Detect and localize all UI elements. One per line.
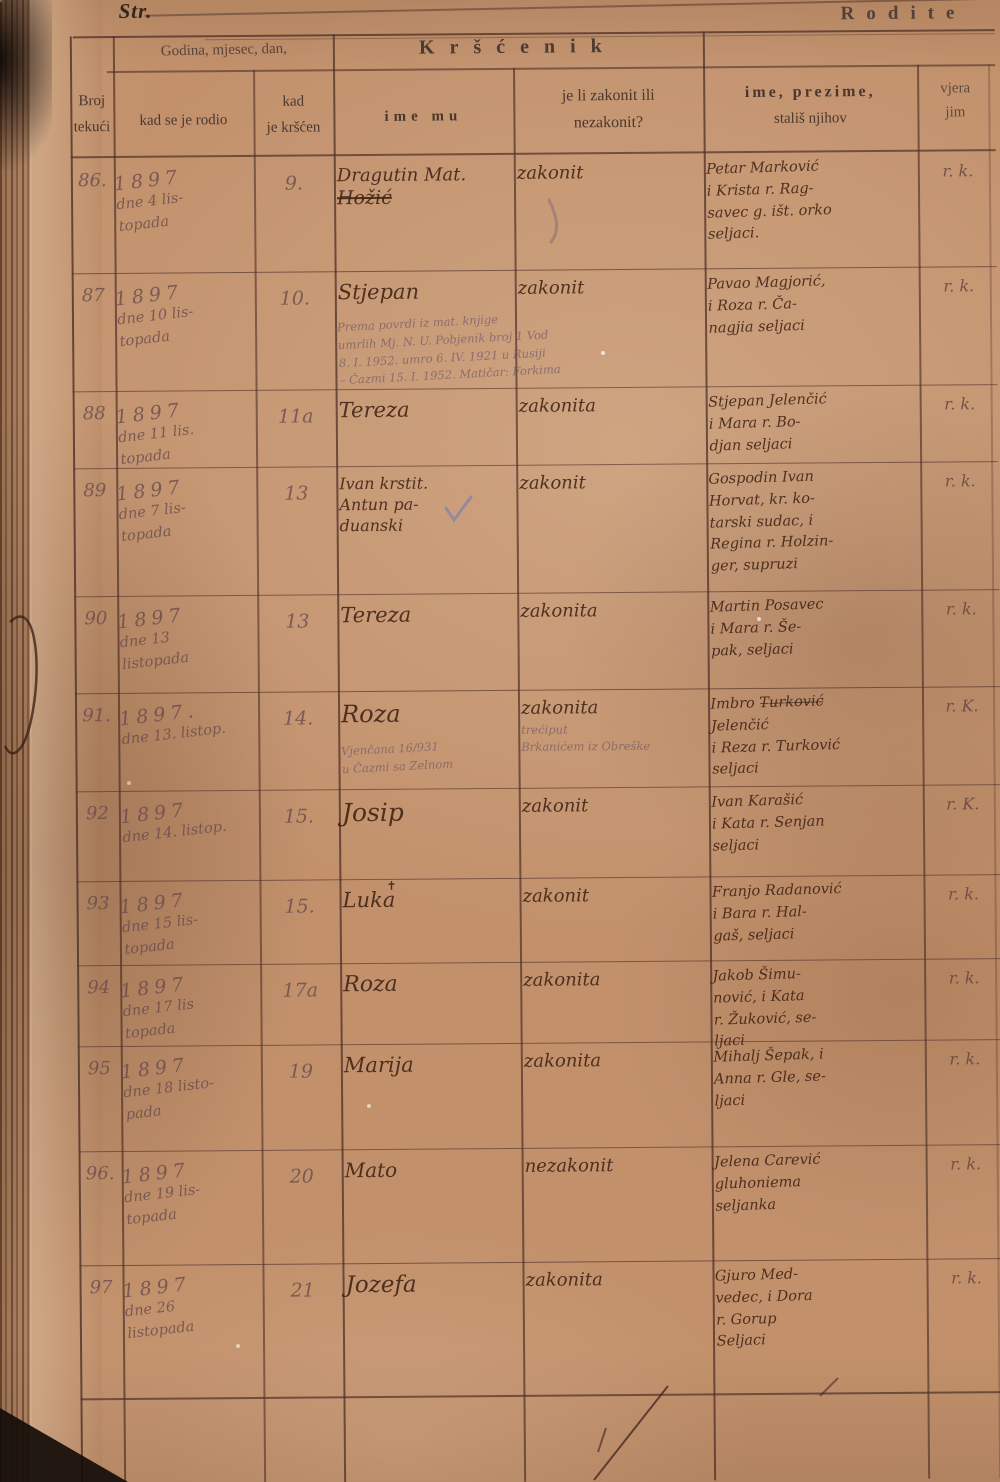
margin-pen-curve bbox=[5, 617, 37, 754]
short-pen-stroke bbox=[598, 1428, 606, 1452]
pencil-flourish bbox=[549, 200, 557, 242]
pen-marks-overlay bbox=[0, 0, 1000, 1482]
small-pen-stroke bbox=[820, 1378, 838, 1396]
scanned-register-page: Str. Kršćenik Rodite Godina, mjesec, dan… bbox=[0, 0, 1000, 1482]
blue-check-mark bbox=[446, 497, 471, 520]
dark-corner-top-left bbox=[0, 0, 52, 170]
